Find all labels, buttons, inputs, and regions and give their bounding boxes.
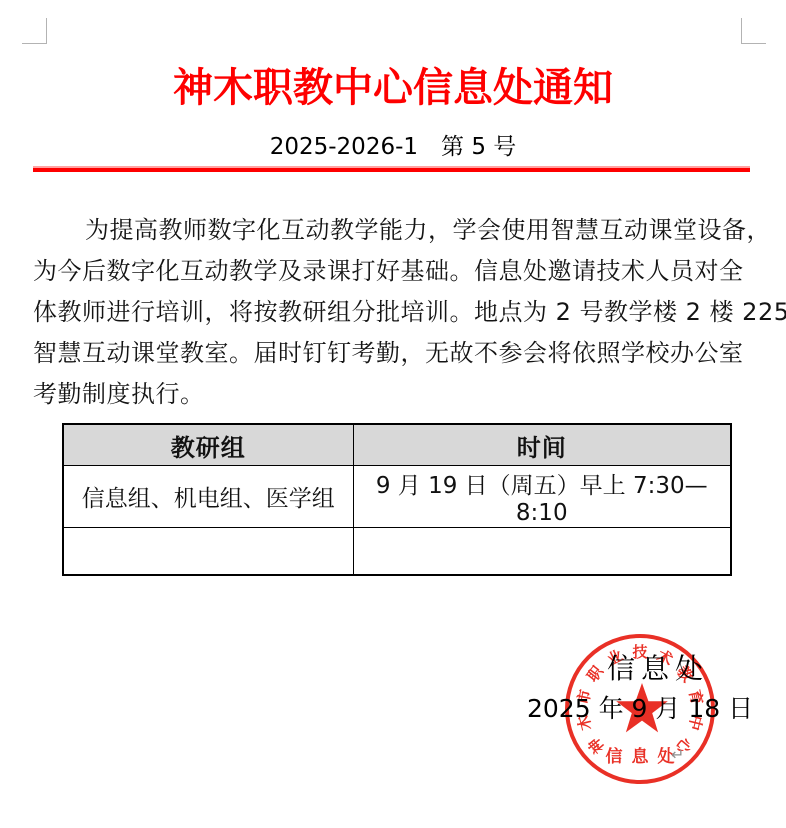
table-cell-empty [63,528,353,576]
body-line: 为今后数字化互动教学及录课打好基础。信息处邀请技术人员对全 [33,251,755,292]
table-row [63,528,731,576]
notice-body: 为提高教师数字化互动教学能力，学会使用智慧互动课堂设备， 为今后数字化互动教学及… [33,210,755,415]
table-row: 信息组、机电组、医学组 9 月 19 日（周五）早上 7:30—8:10 [63,466,731,528]
table-cell-groups: 信息组、机电组、医学组 [63,466,353,528]
page-margin-mark-left [22,18,47,44]
header-divider-rule [33,166,750,172]
schedule-table: 教研组 时间 信息组、机电组、医学组 9 月 19 日（周五）早上 7:30—8… [62,423,732,576]
document-page: 神木职教中心信息处通知 2025-2026-1 第 5 号 为提高教师数字化互动… [0,0,786,828]
line-break-mark-icon: ↵ [671,745,684,764]
signature-department: 信息处 [607,647,709,687]
body-line: 体教师进行培训，将按教研组分批培训。地点为 2 号教学楼 2 楼 225 [33,292,755,333]
table-cell-empty [353,528,731,576]
table-header-group: 教研组 [63,424,353,466]
signature-date: 2025 年 9 月 18 日 [527,689,753,725]
page-margin-mark-right [741,18,766,44]
table-header-time: 时间 [353,424,731,466]
table-cell-time: 9 月 19 日（周五）早上 7:30—8:10 [353,466,731,528]
stamp-label: 信息处 [565,742,715,767]
issue-number: 2025-2026-1 第 5 号 [0,128,786,161]
body-line: 考勤制度执行。 [33,374,755,415]
table-header-row: 教研组 时间 [63,424,731,466]
body-line: 为提高教师数字化互动教学能力，学会使用智慧互动课堂设备， [33,210,755,251]
notice-title: 神木职教中心信息处通知 [0,56,786,113]
body-line: 智慧互动课堂教室。届时钉钉考勤，无故不参会将依照学校办公室 [33,333,755,374]
divider-thick-line [33,168,750,172]
